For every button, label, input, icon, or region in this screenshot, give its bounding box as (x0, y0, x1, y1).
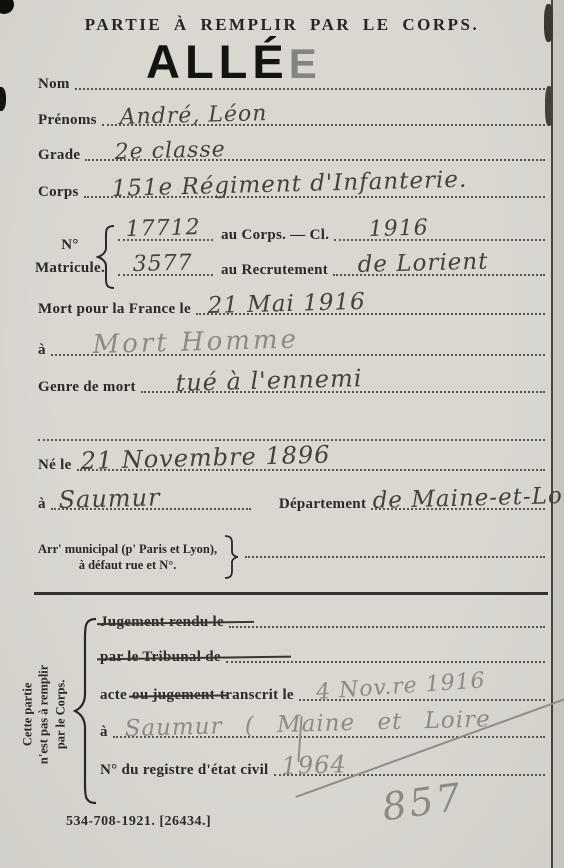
prenoms-line: André, Léon (102, 118, 545, 126)
recrutement-line: de Lorient (333, 268, 545, 276)
departement-line: de Maine-et-Loire (371, 502, 545, 510)
tribunal-label: par le Tribunal de (100, 649, 221, 666)
scan-artifact-top-left (0, 0, 14, 14)
transcription-value: 4 Nov.re 1916 (315, 668, 486, 705)
arr-municipal-label: Arr' municipal (p' Paris et Lyon), à déf… (38, 541, 217, 574)
transcription-lieu-label: à (100, 724, 108, 741)
field-row-transcription-lieu: à Saumur ( Maine et Loire (100, 724, 545, 741)
departement-value: de Maine-et-Loire (373, 482, 564, 514)
corps-line: 151e Régiment d'Infanterie. (84, 190, 545, 198)
lieu-mort-label: à (38, 342, 46, 359)
arr-municipal-brace (223, 534, 239, 580)
naissance-lieu-line: Saumur (51, 502, 251, 510)
acte-label-struck: ou jugement (132, 687, 215, 704)
bottom-section-brace (72, 616, 98, 806)
matricule-corps-value: 17712 (125, 215, 201, 242)
registre-label: N° du registre d'état civil (100, 762, 269, 779)
jugement-line (229, 620, 545, 628)
jugement-label: Jugement rendu le (100, 614, 224, 631)
naissance-lieu-value: Saumur (58, 483, 161, 514)
sidebar-note-line3: par le Corps. (53, 680, 67, 750)
acte-label-part2: transcrit le (220, 687, 294, 704)
transcription-lieu-value: Saumur ( Maine et Loire (124, 706, 491, 742)
prenoms-value: André, Léon (119, 101, 267, 130)
classe-value: 1916 (369, 215, 430, 242)
transcription-lieu-line: Saumur ( Maine et Loire (113, 730, 545, 738)
genre-mort-label: Genre de mort (38, 379, 136, 396)
corps-label: Corps (38, 184, 79, 201)
arr-municipal-label-line1: Arr' municipal (p' Paris et Lyon), (38, 542, 217, 556)
classe-line: 1916 (334, 233, 545, 241)
lieu-mort-value: Mort Homme (92, 325, 299, 360)
tribunal-line (226, 655, 545, 663)
sidebar-note-line1: Cette partie (21, 683, 35, 747)
field-row-jugement: Jugement rendu le (100, 614, 545, 631)
nom-line (75, 82, 545, 90)
registre-line: 1964 (274, 768, 545, 776)
ne-le-label: Né le (38, 457, 72, 474)
matricule-recr-line: 3577 (118, 268, 213, 276)
field-row-nom: Nom (38, 76, 545, 93)
matricule-corps-line: 17712 (118, 233, 213, 241)
naissance-lieu-label: à (38, 496, 46, 513)
departement-label: Département (279, 496, 366, 513)
registre-value: 1964 (281, 750, 347, 780)
sidebar-note: Cette partie n'est pas à remplir par le … (20, 614, 69, 814)
grade-line: 2e classe (85, 153, 545, 161)
section-divider-rule (34, 592, 548, 595)
matricule-recr-value: 3577 (132, 250, 193, 277)
scan-artifact-right-2 (545, 86, 553, 126)
field-row-matricule-corps: 17712 au Corps. — Cl. 1916 (118, 227, 545, 244)
transcription-line: 4 Nov.re 1916 (299, 693, 545, 701)
pencil-number: 857 (379, 775, 466, 830)
field-row-ne-le: Né le 21 Novembre 1896 (38, 457, 545, 474)
au-corps-label: au Corps. — Cl. (221, 227, 329, 244)
print-reference: 534-708-1921. [26434.] (66, 814, 211, 830)
matricule-brace (96, 224, 116, 290)
ne-le-line: 21 Novembre 1896 (77, 463, 545, 471)
sidebar-note-line2: n'est pas à remplir (37, 665, 51, 764)
corps-value: 151e Régiment d'Infanterie. (111, 167, 467, 202)
mort-value: 21 Mai 1916 (207, 289, 366, 319)
arr-municipal-label-line2: à défaut rue et N°. (79, 558, 177, 572)
scan-artifact-left (0, 87, 6, 111)
field-row-mort: Mort pour la France le 21 Mai 1916 (38, 301, 545, 318)
field-row-matricule-recrutement: 3577 au Recrutement de Lorient (118, 262, 545, 279)
field-row-tribunal: par le Tribunal de (100, 649, 545, 666)
prenoms-label: Prénoms (38, 112, 97, 129)
military-death-record-form: PARTIE À REMPLIR PAR LE CORPS. ALLÉE Nom… (0, 0, 564, 868)
grade-label: Grade (38, 147, 80, 164)
field-row-grade: Grade 2e classe (38, 147, 545, 164)
mort-line: 21 Mai 1916 (196, 307, 545, 315)
scan-edge-line (551, 0, 553, 868)
genre-mort-value: tué à l'ennemi (175, 364, 363, 397)
mort-label: Mort pour la France le (38, 301, 191, 318)
field-row-registre: N° du registre d'état civil 1964 (100, 762, 545, 779)
grade-value: 2e classe (115, 137, 227, 165)
lieu-mort-line: Mort Homme (51, 348, 545, 356)
field-row-corps: Corps 151e Régiment d'Infanterie. (38, 184, 545, 201)
recrutement-value: de Lorient (357, 249, 488, 278)
au-recrutement-label: au Recrutement (221, 262, 328, 279)
field-row-lieu-mort: à Mort Homme (38, 342, 545, 359)
form-title: PARTIE À REMPLIR PAR LE CORPS. (0, 15, 564, 35)
acte-label-part1: acte (100, 687, 127, 704)
field-row-genre-mort: Genre de mort tué à l'ennemi (38, 379, 545, 396)
genre-mort-line: tué à l'ennemi (141, 385, 545, 393)
arr-municipal-line (245, 556, 545, 558)
field-row-naissance: à Saumur Département de Maine-et-Loire (38, 496, 545, 513)
scan-edge-strip (553, 0, 564, 868)
ne-le-value: 21 Novembre 1896 (80, 440, 331, 475)
field-row-arr-municipal: Arr' municipal (p' Paris et Lyon), à déf… (38, 534, 545, 580)
field-row-transcription: acte ou jugement transcrit le 4 Nov.re 1… (100, 687, 545, 704)
nom-label: Nom (38, 76, 70, 93)
field-row-prenoms: Prénoms André, Léon (38, 112, 545, 129)
